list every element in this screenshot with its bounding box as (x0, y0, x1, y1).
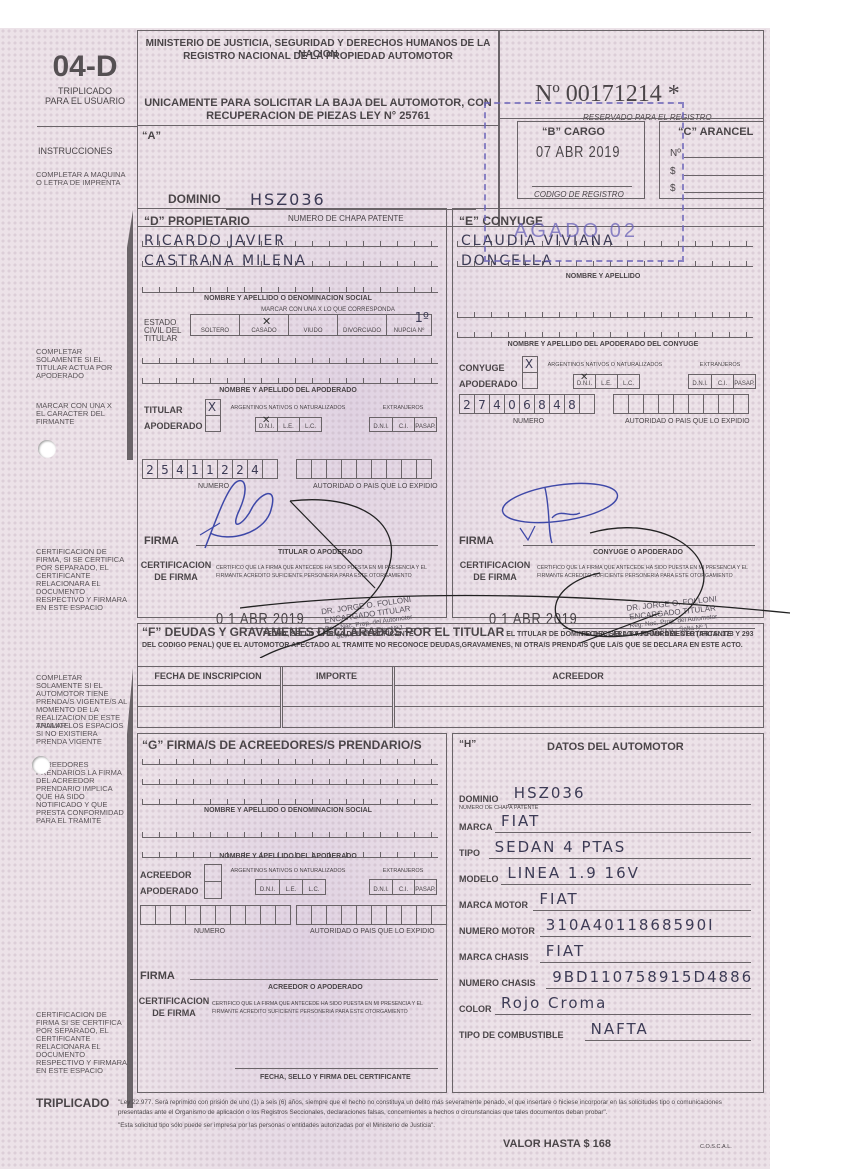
digit-cell[interactable] (311, 905, 327, 925)
cert-label-2: DE FIRMA (140, 572, 212, 582)
annul-note: ANULAR LOS ESPACIOS SI NO EXISTIERA PREN… (36, 722, 128, 746)
section-h-title: DATOS DEL AUTOMOTOR (547, 741, 684, 753)
dominio-label: DOMINIO (168, 192, 221, 206)
vehicle-field-value[interactable]: 310A4011868590I (546, 916, 715, 934)
row-line (138, 706, 280, 707)
section-h-datos-automotor: “H” DATOS DEL AUTOMOTOR DOMINIOHSZ036NUM… (452, 733, 764, 1093)
section-g-label: “G” FIRMA/S DE ACREEDORES/S PRENDARIO/S (142, 738, 422, 752)
vehicle-field-label: MODELO (459, 874, 499, 884)
creditor-doc-pasaporte[interactable]: PASAP. (414, 879, 437, 895)
punch-hole-2 (32, 756, 50, 774)
vehicle-field-tipo-de-combustible: TIPO DE COMBUSTIBLENAFTA (459, 1020, 755, 1044)
digit-cell[interactable]: 5 (157, 459, 173, 479)
creditor-authority-caption: AUTORIDAD O PAIS QUE LO EXPIDIO (310, 928, 435, 935)
digit-cell[interactable] (341, 459, 357, 479)
row-line (395, 685, 763, 686)
natives-label: ARGENTINOS NATIVOS O NATURALIZADOS (228, 405, 348, 411)
conyuge-label: CONYUGE (459, 363, 505, 373)
digit-cell[interactable] (296, 905, 312, 925)
vehicle-field-marca-chasis: MARCA CHASISFIAT (459, 942, 755, 966)
digit-cell[interactable] (733, 394, 749, 414)
creditors-note: ACREEDORES PRENDARIOS LA FIRMA DEL ACREE… (36, 761, 128, 825)
vehicle-field-value[interactable]: FIAT (546, 942, 585, 960)
civil-state-options: SOLTERO CASADO✕ VIUDO DIVORCIADO NUPCIA … (190, 314, 432, 336)
attorney-line-2[interactable] (142, 375, 438, 384)
digit-cell[interactable] (579, 394, 595, 414)
purpose-line-2: RECUPERACION DE PIEZAS LEY N° 25761 (138, 110, 498, 122)
civil-state-label: ESTADO CIVIL DEL TITULAR (144, 319, 188, 343)
vehicle-field-line (585, 1040, 751, 1041)
civil-viudo[interactable]: VIUDO (288, 314, 338, 336)
creditor-signature-line[interactable] (190, 979, 438, 980)
creditor-native-doc-types: D.N.I. L.E. L.C. (255, 879, 326, 895)
digit-cell[interactable] (371, 905, 387, 925)
creditor-doc-number[interactable] (140, 905, 290, 925)
fill-mode-note: COMPLETAR A MAQUINA O LETRA DE IMPRENTA (36, 171, 126, 187)
spouse-number-caption: NUMERO (513, 418, 544, 425)
native-doc-types: D.N.I.✕ L.E. L.C. (255, 417, 322, 432)
digit-cell[interactable] (170, 905, 186, 925)
digit-cell[interactable] (643, 394, 659, 414)
vehicle-field-label: MARCA (459, 822, 493, 832)
digit-cell[interactable] (401, 459, 417, 479)
creditor-doc-dni[interactable]: D.N.I. (255, 879, 280, 895)
digit-cell[interactable]: 0 (504, 394, 520, 414)
form-page: 04-D TRIPLICADO PARA EL USUARIO MINISTER… (0, 28, 770, 1169)
digit-cell[interactable] (613, 394, 629, 414)
arancel-line-1[interactable] (684, 157, 764, 158)
section-h-label: “H” (459, 739, 476, 750)
footer-copy: TRIPLICADO (36, 1096, 109, 1110)
doc-ci[interactable]: C.I. (392, 417, 415, 432)
section-c-label: “C” ARANCEL (678, 126, 753, 138)
vehicle-field-line (540, 936, 751, 937)
digit-cell[interactable] (260, 905, 276, 925)
certification-note: CERTIFICACION DE FIRMA, SI SE CERTIFICA … (36, 548, 128, 612)
digit-cell[interactable]: 8 (534, 394, 550, 414)
col-acreedor: ACREEDOR (394, 666, 764, 728)
creditor-foreign-doc-types: D.N.I. C.I. PASAP. (369, 879, 437, 895)
digit-cell[interactable] (688, 394, 704, 414)
acreedor-checkbox[interactable] (204, 864, 222, 882)
creditor-name-line-1[interactable] (142, 756, 438, 765)
firma-label: FIRMA (144, 535, 179, 547)
digit-cell[interactable] (386, 459, 402, 479)
foreigners-label: EXTRANJEROS (368, 405, 438, 411)
vehicle-field-label: NUMERO MOTOR (459, 926, 535, 936)
digit-cell[interactable] (140, 905, 156, 925)
spouse-doc-dni[interactable]: D.N.I.✕ (573, 374, 596, 389)
apoderado-label: APODERADO (144, 421, 203, 431)
vehicle-field-value[interactable]: HSZ036 (514, 784, 586, 802)
civil-soltero[interactable]: SOLTERO (190, 314, 240, 336)
digit-cell[interactable] (673, 394, 689, 414)
owner-name-caption: NOMBRE Y APELLIDO O DENOMINACION SOCIAL (138, 295, 438, 302)
spouse-doc-number[interactable]: 27406848 (459, 394, 594, 414)
col-importe: IMPORTE (282, 666, 393, 728)
creditor-name-line-2[interactable] (142, 776, 438, 785)
digit-cell[interactable] (718, 394, 734, 414)
creditor-attorney-caption: NOMBRE Y APELLIDO DEL APODERADO (138, 853, 438, 860)
creditor-doc-lc[interactable]: L.C. (302, 879, 326, 895)
creditor-firma-label: FIRMA (140, 970, 175, 982)
spouse-apoderado-label: APODERADO (459, 379, 518, 389)
section-g-acreedores: “G” FIRMA/S DE ACREEDORES/S PRENDARIO/S … (137, 733, 447, 1093)
digit-cell[interactable] (185, 905, 201, 925)
vehicle-field-value[interactable]: Rojo Croma (501, 994, 607, 1012)
dominio-value[interactable]: HSZ036 (250, 190, 326, 209)
vehicle-field-line (495, 1014, 751, 1015)
owner-name-line-3[interactable] (142, 284, 438, 293)
creditor-cert-label-2: DE FIRMA (138, 1008, 210, 1018)
vehicle-field-tipo: TIPOSEDAN 4 PTAS (459, 838, 755, 862)
vehicle-field-value[interactable]: NAFTA (591, 1020, 649, 1038)
instructions-label: INSTRUCCIONES (38, 146, 113, 156)
digit-cell[interactable]: 7 (474, 394, 490, 414)
vehicle-field-value[interactable]: SEDAN 4 PTAS (495, 838, 627, 856)
vehicle-field-color: COLORRojo Croma (459, 994, 755, 1018)
printer-mark: C.O.S.C.A.L. (700, 1144, 732, 1150)
digit-cell[interactable]: 2 (142, 459, 158, 479)
vehicle-field-label: TIPO DE COMBUSTIBLE (459, 1030, 564, 1040)
vehicle-field-numero-motor: NUMERO MOTOR310A4011868590I (459, 916, 755, 940)
certification-note-2: CERTIFICACION DE FIRMA SI SE CERTIFICA P… (36, 1011, 128, 1075)
vehicle-field-value[interactable]: 9BD110758915D4886 (552, 968, 753, 986)
divider (37, 126, 137, 127)
vehicle-field-numero-chasis: NUMERO CHASIS9BD110758915D4886 (459, 968, 755, 992)
row-line (395, 706, 763, 707)
spouse-attorney-line-2[interactable] (457, 329, 753, 338)
law-text: "Ley 22.977. Será reprimido con prisión … (118, 1098, 758, 1118)
spouse-apoderado-checkbox[interactable] (522, 372, 538, 389)
spouse-foreigners-label: EXTRANJEROS (685, 362, 755, 368)
copy-label: TRIPLICADO (35, 86, 135, 96)
registry-stamp-text: AGADO 02 (514, 220, 638, 243)
mark-caption: MARCAR CON UNA X LO QUE CORRESPONDA (218, 307, 438, 313)
copy-label-2: PARA EL USUARIO (35, 96, 135, 106)
row-line (138, 685, 280, 686)
creditor-doc-authority[interactable] (296, 905, 446, 925)
certifier-signature (240, 493, 800, 658)
spouse-attorney-caption: NOMBRE Y APELLIDO DEL APODERADO DEL CONY… (453, 341, 753, 348)
vehicle-field-label: TIPO (459, 848, 480, 858)
vehicle-field-modelo: MODELOLINEA 1.9 16V (459, 864, 755, 888)
spouse-doc-le[interactable]: L.E. (595, 374, 618, 389)
vehicle-field-label: MARCA CHASIS (459, 952, 529, 962)
arancel-line-2[interactable] (684, 175, 764, 176)
creditor-cert-text: CERTIFICO QUE LA FIRMA QUE ANTECEDE HA S… (212, 1000, 438, 1016)
authority-caption: AUTORIDAD O PAIS QUE LO EXPIDIO (313, 483, 438, 490)
vehicle-field-label: DOMINIO (459, 794, 499, 804)
col-acreedor-header: ACREEDOR (395, 671, 761, 681)
vehicle-field-line (533, 910, 751, 911)
vehicle-field-label: NUMERO CHASIS (459, 978, 536, 988)
digit-cell[interactable] (326, 905, 342, 925)
creditor-doc-le[interactable]: L.E. (279, 879, 303, 895)
value-label: VALOR HASTA $ 168 (503, 1138, 611, 1150)
vehicle-field-marca-motor: MARCA MOTORFIAT (459, 890, 755, 914)
digit-cell[interactable] (341, 905, 357, 925)
vehicle-field-value[interactable]: FIAT (539, 890, 578, 908)
col-importe-header: IMPORTE (283, 671, 390, 681)
creditor-attorney-line-1[interactable] (142, 829, 438, 838)
attorney-line-1[interactable] (142, 355, 438, 364)
spouse-foreign-doc-types: D.N.I. C.I. PASAP. (688, 374, 756, 389)
debts-table: FECHA DE INSCRIPCION IMPORTE ACREEDOR (137, 666, 764, 728)
digit-cell[interactable]: 8 (564, 394, 580, 414)
doc-pasaporte[interactable]: PASAP. (414, 417, 437, 432)
digit-cell[interactable]: 2 (459, 394, 475, 414)
digit-cell[interactable] (230, 905, 246, 925)
creditor-apoderado-checkbox[interactable] (204, 881, 222, 899)
vehicle-field-line (540, 962, 751, 963)
section-tab (127, 210, 133, 460)
creditor-foreigners-label: EXTRANJEROS (368, 868, 438, 874)
digit-cell[interactable]: 6 (519, 394, 535, 414)
attorney-caption: NOMBRE Y APELLIDO DEL APODERADO (138, 387, 438, 394)
spouse-doc-foreign-dni[interactable]: D.N.I. (688, 374, 712, 389)
spouse-doc-authority[interactable] (613, 394, 748, 414)
titular-checkbox[interactable]: X (205, 399, 221, 416)
civil-divorciado[interactable]: DIVORCIADO (337, 314, 387, 336)
spouse-authority-caption: AUTORIDAD O PAIS QUE LO EXPIDIO (625, 418, 750, 425)
form-code: 04-D (40, 50, 130, 84)
vehicle-field-label: COLOR (459, 1004, 492, 1014)
digit-cell[interactable] (703, 394, 719, 414)
titular-label: TITULAR (144, 405, 183, 415)
doc-le[interactable]: L.E. (277, 417, 300, 432)
digit-cell[interactable] (401, 905, 417, 925)
digit-cell[interactable]: 4 (549, 394, 565, 414)
mark-x-note: MARCAR CON UNA X EL CARACTER DEL FIRMANT… (36, 402, 116, 426)
digit-cell[interactable] (326, 459, 342, 479)
digit-cell[interactable] (431, 905, 447, 925)
digit-cell[interactable] (371, 459, 387, 479)
digit-cell[interactable] (356, 905, 372, 925)
owner-name-line-1[interactable]: RICARDO JAVIER (144, 233, 286, 249)
creditor-natives-label: ARGENTINOS NATIVOS O NATURALIZADOS (228, 868, 348, 874)
section-tab-2 (127, 668, 133, 1108)
doc-dni[interactable]: D.N.I.✕ (255, 417, 278, 432)
spouse-attorney-line-1[interactable] (457, 309, 753, 318)
vehicle-field-sub: NUMERO DE CHAPA PATENTE (459, 805, 538, 811)
digit-cell[interactable] (416, 905, 432, 925)
spouse-name-caption: NOMBRE Y APELLIDO (453, 273, 753, 280)
creditor-doc-foreign-dni[interactable]: D.N.I. (369, 879, 393, 895)
apoderado-checkbox[interactable] (205, 415, 221, 432)
vehicle-field-line (508, 804, 751, 805)
col-fecha-header: FECHA DE INSCRIPCION (138, 671, 278, 681)
registry-title: REGISTRO NACIONAL DE LA PROPIEDAD AUTOMO… (138, 51, 498, 62)
print-text: "Esta solicitud tipo sólo puede ser impr… (118, 1122, 758, 1129)
attorney-note: COMPLETAR SOLAMENTE SI EL TITULAR ACTUA … (36, 348, 128, 380)
vehicle-field-dominio: DOMINIOHSZ036NUMERO DE CHAPA PATENTE (459, 784, 755, 808)
doc-lc[interactable]: L.C. (299, 417, 322, 432)
spouse-doc-ci[interactable]: C.I. (711, 374, 734, 389)
arancel-line-3[interactable] (684, 192, 764, 193)
owner-name-line-2[interactable]: CASTRANA MILENA (144, 253, 307, 269)
row-line (283, 685, 392, 686)
vehicle-field-line (495, 832, 751, 833)
creditor-firma-caption: ACREEDOR O APODERADO (268, 984, 363, 991)
owner-doc-authority[interactable] (296, 459, 431, 479)
section-a-label: “A” (142, 130, 161, 142)
punch-hole (38, 440, 56, 458)
vehicle-field-label: MARCA MOTOR (459, 900, 528, 910)
digit-cell[interactable] (155, 905, 171, 925)
spouse-doc-lc[interactable]: L.C. (617, 374, 640, 389)
digit-cell[interactable] (311, 459, 327, 479)
digit-cell[interactable] (386, 905, 402, 925)
spouse-native-doc-types: D.N.I.✕ L.E. L.C. (573, 374, 640, 389)
vehicle-field-line (546, 988, 751, 989)
vehicle-field-marca: MARCAFIAT (459, 812, 755, 836)
header-box: MINISTERIO DE JUSTICIA, SEGURIDAD Y DERE… (137, 30, 500, 126)
nupcia-value: 1º (415, 311, 429, 326)
section-d-label: “D” PROPIETARIO (144, 214, 250, 228)
creditor-cert-line[interactable] (235, 1068, 438, 1069)
digit-cell[interactable] (416, 459, 432, 479)
acreedor-label: ACREEDOR (140, 870, 192, 880)
spouse-doc-pasaporte[interactable]: PASAP. (733, 374, 756, 389)
digit-cell[interactable] (628, 394, 644, 414)
creditor-number-caption: NUMERO (194, 928, 225, 935)
digit-cell[interactable]: 4 (489, 394, 505, 414)
vehicle-field-value[interactable]: FIAT (501, 812, 540, 830)
vehicle-field-line (501, 884, 751, 885)
digit-cell[interactable] (200, 905, 216, 925)
digit-cell[interactable] (275, 905, 291, 925)
civil-casado[interactable]: CASADO✕ (239, 314, 289, 336)
digit-cell[interactable] (245, 905, 261, 925)
creditor-name-caption: NOMBRE Y APELLIDO O DENOMINACION SOCIAL (138, 807, 438, 814)
conyuge-checkbox[interactable]: X (522, 356, 538, 373)
digit-cell[interactable]: 4 (172, 459, 188, 479)
digit-cell[interactable] (356, 459, 372, 479)
creditor-name-line-3[interactable] (142, 796, 438, 805)
creditor-apoderado-label: APODERADO (140, 886, 199, 896)
digit-cell[interactable] (658, 394, 674, 414)
row-line (283, 706, 392, 707)
vehicle-field-value[interactable]: LINEA 1.9 16V (507, 864, 639, 882)
doc-foreign-dni[interactable]: D.N.I. (369, 417, 393, 432)
creditor-doc-ci[interactable]: C.I. (392, 879, 415, 895)
registry-stamp: AGADO 02 (484, 102, 684, 262)
purpose-line-1: UNICAMENTE PARA SOLICITAR LA BAJA DEL AU… (138, 97, 498, 109)
foreign-doc-types: D.N.I. C.I. PASAP. (369, 417, 437, 432)
civil-nupcia[interactable]: NUPCIA Nº1º (386, 314, 432, 336)
col-fecha: FECHA DE INSCRIPCION (137, 666, 281, 728)
creditor-cert-caption: FECHA, SELLO Y FIRMA DEL CERTIFICANTE (260, 1074, 411, 1081)
vehicle-field-line (489, 858, 751, 859)
spouse-natives-label: ARGENTINOS NATIVOS O NATURALIZADOS (545, 362, 665, 368)
creditor-cert-label-1: CERTIFICACION (138, 996, 210, 1006)
digit-cell[interactable] (215, 905, 231, 925)
